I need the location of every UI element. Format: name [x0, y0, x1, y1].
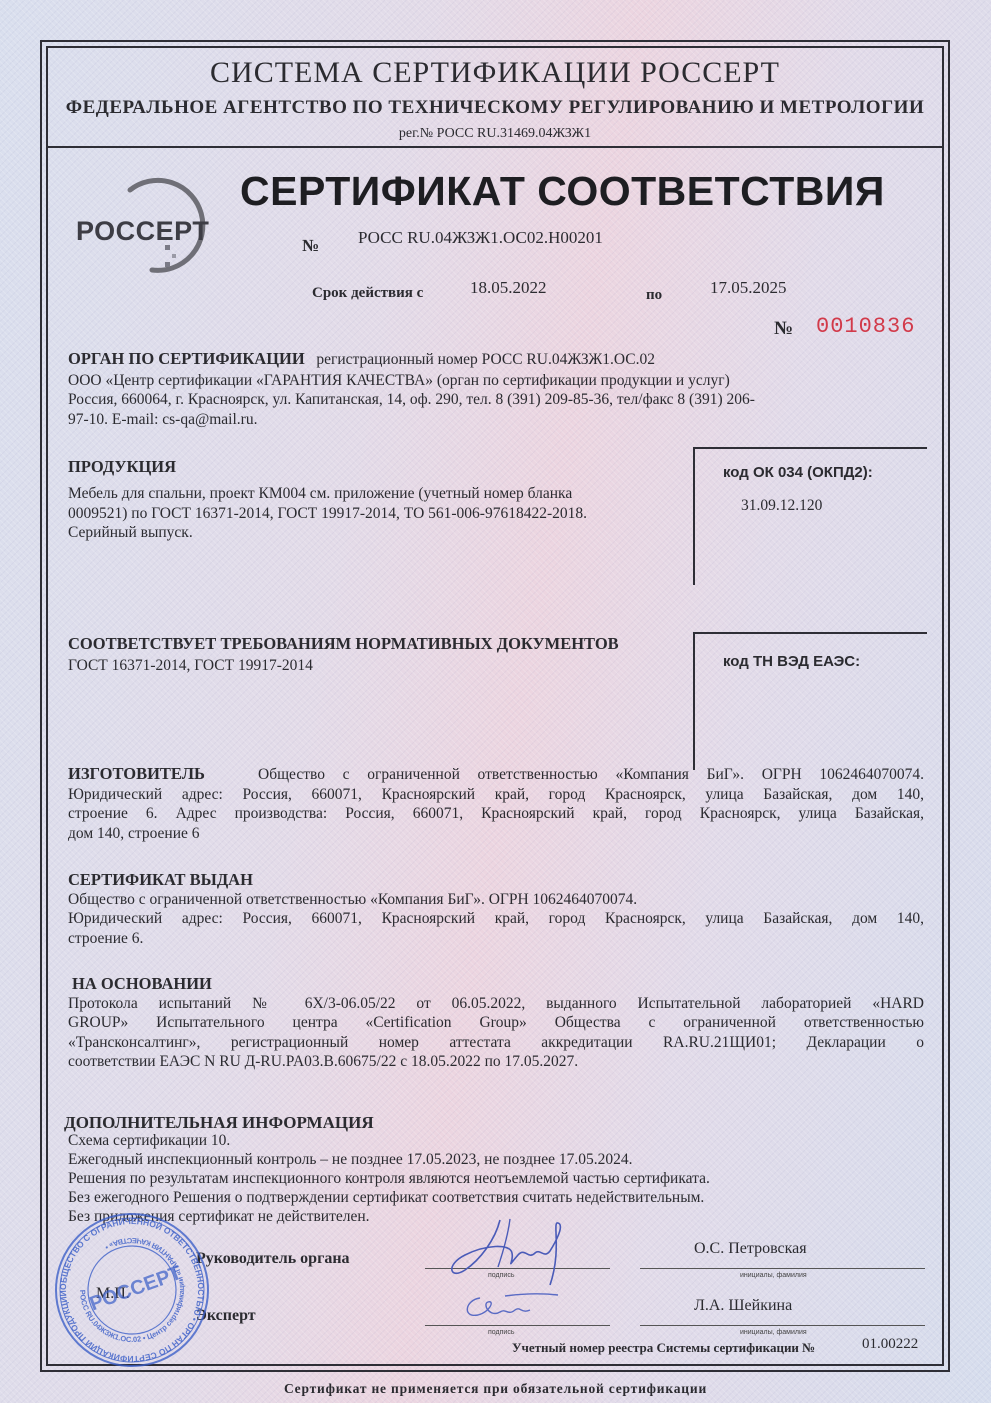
issued-to-address: Юридический адрес: Россия, 660071, Красн… [68, 909, 924, 929]
head-name: О.С. Петровская [694, 1240, 807, 1258]
expert-name-line [640, 1325, 925, 1326]
registry-label: Учетный номер реестра Системы сертификац… [512, 1340, 815, 1356]
certification-body-name: ООО «Центр сертификации «ГАРАНТИЯ КАЧЕСТ… [68, 371, 928, 391]
product-heading: ПРОДУКЦИЯ [68, 457, 176, 477]
product-line: Мебель для спальни, проект КМ004 см. при… [68, 484, 693, 504]
manufacturer-name: Общество с ограниченной ответственностью… [258, 766, 924, 783]
head-name-line [640, 1268, 925, 1269]
manufacturer-section: ИЗГОТОВИТЕЛЬ Общество с ограниченной отв… [68, 764, 924, 843]
certification-body-reg-number: регистрационный номер РОСС RU.04ЖЗЖ1.ОС.… [316, 351, 655, 368]
agency-name: ФЕДЕРАЛЬНОЕ АГЕНТСТВО ПО ТЕХНИЧЕСКОМУ РЕ… [46, 97, 944, 119]
expert-name-caption: инициалы, фамилия [740, 1329, 807, 1336]
rossert-logo: РОССЕРТ [70, 170, 230, 280]
registry-number: 01.00222 [862, 1336, 918, 1353]
basis-line: «Трансконсалтинг», регистрационный номер… [68, 1033, 924, 1053]
certification-body-heading: ОРГАН ПО СЕРТИФИКАЦИИ [68, 349, 305, 368]
footer-note: Сертификат не применяется при обязательн… [0, 1381, 991, 1397]
header-divider [46, 146, 944, 148]
expert-name: Л.А. Шейкина [694, 1297, 792, 1315]
valid-to-label: по [646, 287, 662, 304]
basis-line: соответствии ЕАЭС N RU Д-RU.PA03.B.60675… [68, 1052, 924, 1072]
certificate-title: СЕРТИФИКАТ СООТВЕТСТВИЯ [240, 168, 885, 215]
tnved-label: код ТН ВЭД ЕАЭС: [723, 653, 860, 670]
product-line: 0009521) по ГОСТ 16371-2014, ГОСТ 19917-… [68, 504, 693, 524]
system-title: СИСТЕМА СЕРТИФИКАЦИИ РОССЕРТ [46, 56, 944, 90]
additional-info-line: Ежегодный инспекционный контроль – не по… [68, 1150, 924, 1169]
expert-signature-caption: подпись [488, 1329, 514, 1336]
compliance-heading: СООТВЕТСТВУЕТ ТРЕБОВАНИЯМ НОРМАТИВНЫХ ДО… [68, 634, 619, 654]
manufacturer-address-end: дом 140, строение 6 [68, 824, 924, 844]
basis-line: Протокола испытаний № 6Х/3-06.05/22 от 0… [68, 994, 924, 1014]
head-signature-icon [440, 1215, 610, 1290]
basis-section: НА ОСНОВАНИИ Протокола испытаний № 6Х/3-… [68, 974, 924, 1072]
okpd-code-box: код ОК 034 (ОКПД2): 31.09.12.120 [693, 447, 927, 585]
tnved-code-box: код ТН ВЭД ЕАЭС: [693, 632, 927, 770]
additional-info-line: Схема сертификации 10. [68, 1131, 924, 1150]
blank-number-sign: № [774, 318, 793, 340]
certification-body-section: ОРГАН ПО СЕРТИФИКАЦИИ регистрационный но… [68, 349, 928, 429]
certification-body-contacts: 97-10. E-mail: cs-qa@mail.ru. [68, 410, 928, 430]
head-of-body-label: Руководитель органа [196, 1250, 350, 1268]
manufacturer-heading: ИЗГОТОВИТЕЛЬ [68, 764, 205, 783]
issued-to-heading: СЕРТИФИКАТ ВЫДАН [68, 870, 924, 890]
additional-info-line: Решения по результатам инспекционного ко… [68, 1169, 924, 1188]
basis-line: GROUP» Испытательного центра «Certificat… [68, 1013, 924, 1033]
additional-info-line: Без ежегодного Решения о подтверждении с… [68, 1188, 924, 1207]
additional-info-heading: ДОПОЛНИТЕЛЬНАЯ ИНФОРМАЦИЯ [64, 1114, 924, 1131]
system-reg-number: рег.№ РОСС RU.31469.04ЖЗЖ1 [46, 126, 944, 142]
compliance-standards: ГОСТ 16371-2014, ГОСТ 19917-2014 [68, 656, 313, 676]
product-description: Мебель для спальни, проект КМ004 см. при… [68, 484, 693, 543]
expert-signature-line [425, 1325, 610, 1326]
issued-to-company: Общество с ограниченной ответственностью… [68, 890, 924, 910]
logo-text: РОССЕРТ [76, 216, 209, 247]
blank-serial-number: 0010836 [816, 314, 915, 339]
head-name-caption: инициалы, фамилия [740, 1272, 807, 1279]
seal-stamp-icon: ОБЩЕСТВО С ОГРАНИЧЕННОЙ ОТВЕТСТВЕННОСТЬЮ… [52, 1210, 212, 1370]
basis-heading: НА ОСНОВАНИИ [72, 974, 924, 994]
validity-label: Срок действия с [312, 285, 423, 302]
number-sign: № [302, 236, 319, 256]
issued-to-address-end: строение 6. [68, 929, 924, 949]
stamp-center-text: РОССЕРТ [87, 1262, 185, 1316]
manufacturer-legal-address: Юридический адрес: Россия, 660071, Красн… [68, 785, 924, 805]
okpd-label: код ОК 034 (ОКПД2): [723, 464, 873, 481]
certification-body-address: Россия, 660064, г. Красноярск, ул. Капит… [68, 390, 928, 410]
product-line: Серийный выпуск. [68, 523, 693, 543]
issued-to-section: СЕРТИФИКАТ ВЫДАН Общество с ограниченной… [68, 870, 924, 948]
valid-to-date: 17.05.2025 [710, 278, 787, 298]
expert-signature-icon [460, 1290, 580, 1325]
okpd-value: 31.09.12.120 [741, 497, 822, 515]
certificate-number: РОСС RU.04ЖЗЖ1.ОС02.Н00201 [358, 228, 603, 248]
valid-from-date: 18.05.2022 [470, 278, 547, 298]
manufacturer-production-address: строение 6. Адрес производства: Россия, … [68, 804, 924, 824]
